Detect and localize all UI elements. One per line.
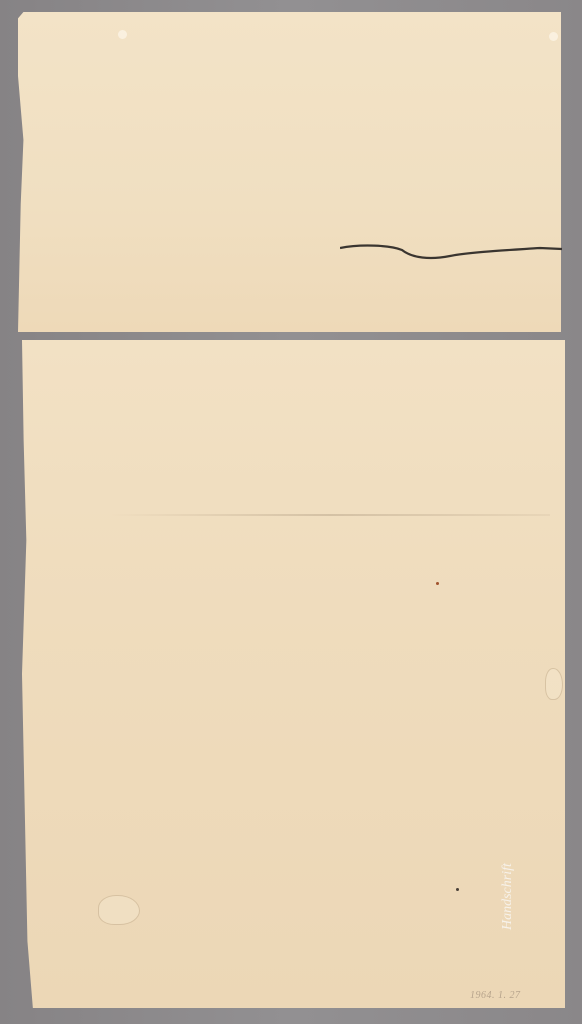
paper-hole: [549, 32, 558, 41]
paper-tear: [340, 236, 562, 266]
handwritten-signature: Handschrift: [500, 863, 516, 930]
edge-stain: [545, 668, 563, 700]
water-stain: [98, 895, 140, 925]
catalog-number: 1964. 1. 27: [470, 990, 521, 1001]
paper-hole: [118, 30, 127, 39]
fold-crease: [110, 514, 550, 516]
ink-speck: [456, 888, 459, 891]
upper-paper-fragment: [18, 12, 561, 332]
ink-speck: [436, 582, 439, 585]
